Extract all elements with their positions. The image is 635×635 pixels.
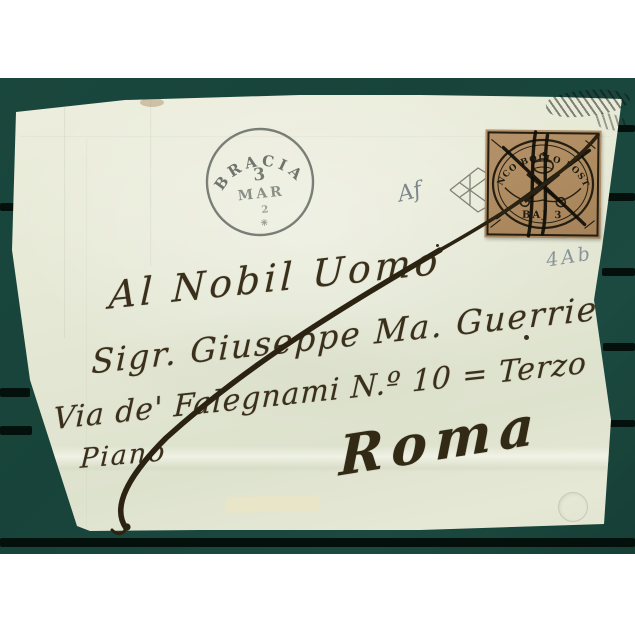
photo-backdrop: Al Nobil Uomo Sigr. Giuseppe Ma. Guerrie… (0, 78, 635, 554)
pen-flourish-stroke (0, 78, 635, 554)
bottom-white-border (0, 554, 635, 635)
flourish-lines (112, 135, 598, 534)
postal-cover-photograph: Al Nobil Uomo Sigr. Giuseppe Ma. Guerrie… (0, 0, 635, 635)
flourish-ink-blob (123, 523, 130, 530)
top-white-border (0, 0, 635, 78)
